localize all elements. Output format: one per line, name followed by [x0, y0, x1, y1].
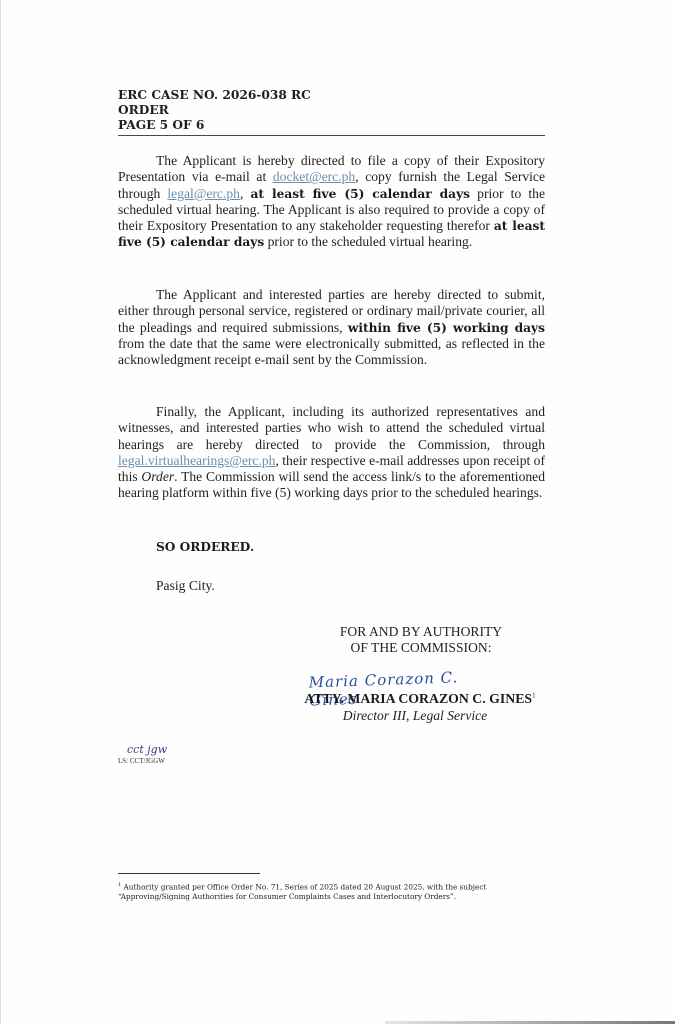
reference-initials: LS: CCT/JGGW — [118, 757, 165, 765]
docket-email-link[interactable]: docket@erc.ph — [273, 169, 355, 184]
footnote: 1 Authority granted per Office Order No.… — [118, 880, 558, 902]
paragraph-virtual-hearings: Finally, the Applicant, including its au… — [118, 404, 545, 502]
deadline-emphasis: within five (5) working days — [348, 321, 545, 335]
document-page: ERC CASE NO. 2026-038 RC ORDER PAGE 5 OF… — [0, 0, 675, 1024]
case-number: ERC CASE NO. 2026-038 RC — [118, 88, 545, 103]
signatory-name: ATTY. MARIA CORAZON C. GINES1 — [285, 691, 555, 707]
deadline-emphasis: at least five (5) calendar days — [250, 187, 470, 201]
footnote-divider — [118, 873, 260, 874]
page-number: PAGE 5 OF 6 — [118, 118, 545, 133]
authority-block: FOR AND BY AUTHORITY OF THE COMMISSION: — [301, 624, 541, 655]
signatory-designation: Director III, Legal Service — [285, 708, 545, 724]
page-header: ERC CASE NO. 2026-038 RC ORDER PAGE 5 OF… — [118, 88, 545, 136]
legal-email-link[interactable]: legal@erc.ph — [167, 186, 240, 201]
virtual-hearings-email-link[interactable]: legal.virtualhearings@erc.ph — [118, 453, 275, 468]
footnote-reference: 1 — [532, 691, 536, 699]
document-type: ORDER — [118, 103, 545, 118]
city: Pasig City. — [156, 578, 215, 594]
initials-signature: cct jgw — [127, 743, 167, 756]
so-ordered: SO ORDERED. — [156, 540, 254, 554]
paragraph-submissions: The Applicant and interested parties are… — [118, 287, 545, 368]
paragraph-expository-presentation: The Applicant is hereby directed to file… — [118, 153, 545, 251]
